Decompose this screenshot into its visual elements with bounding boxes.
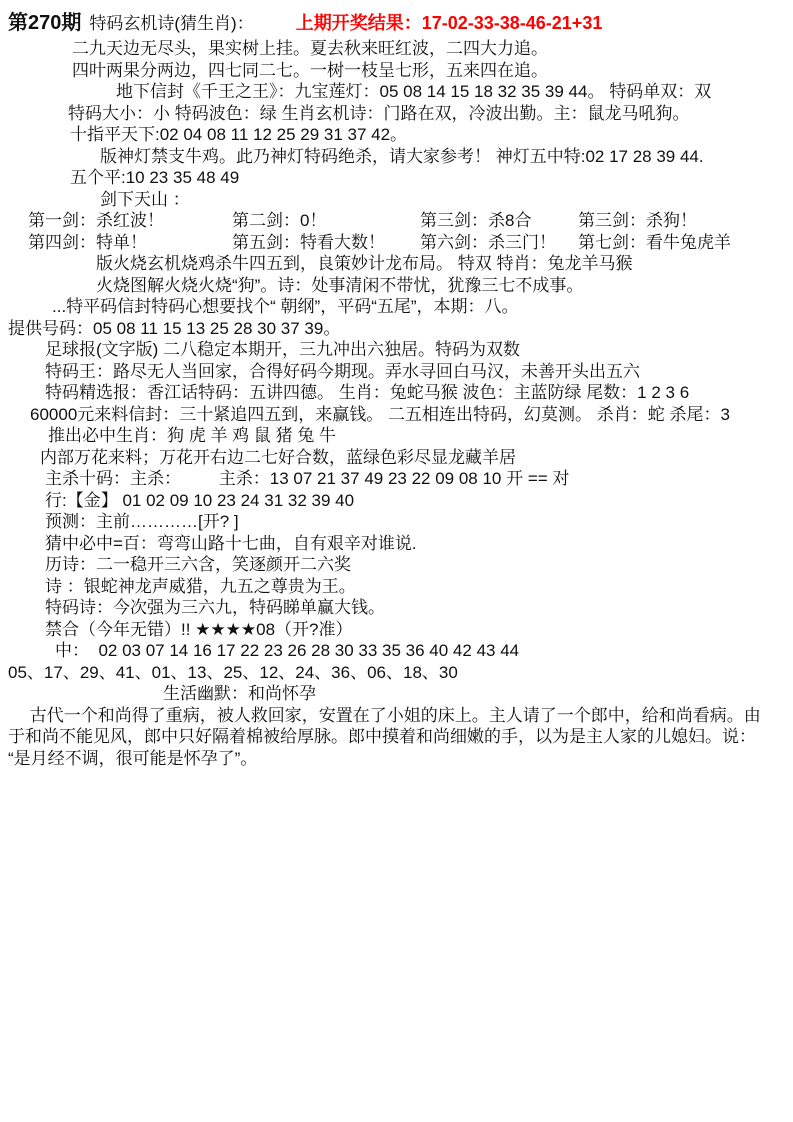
sword-item: 第五剑：特看大数！ (232, 232, 420, 254)
issue-number: 第270期 (8, 6, 81, 35)
inner-material-line: 内部万花来料；万花开右边二七好合数，蓝绿色彩尽显龙藏羊居 (40, 447, 793, 469)
forbidden-combo-line: 禁合（今年无错）!! ★★★★08（开?准） (45, 619, 793, 641)
size-color-tip-line: 特码大小：小 特码波色：绿 生肖玄机诗：门路在双，冷波出勤。主：鼠龙马吼狗。 (68, 103, 793, 125)
special-code-king-line: 特码王：路尽无人当回家，合得好码今期现。弄水寻回白马汉，未善开头出五六 (45, 361, 793, 383)
humor-story-line: 古代一个和尚得了重病，被人救回家，安置在了小姐的床上。主人请了一个郎中，给和尚看… (8, 705, 793, 727)
sword-item: 第三剑：杀8合 (420, 210, 578, 232)
ten-fingers-numbers-line: 十指平天下:02 04 08 11 12 25 29 31 37 42。 (70, 124, 793, 146)
sword-item: 第三剑：杀狗！ (578, 210, 697, 232)
sword-row: 第一剑：杀红波！ 第二剑：0！ 第三剑：杀8合 第三剑：杀狗！ (28, 210, 793, 232)
mystery-poem-line: 四叶两果分两边，四七同二七。一树一枝呈七形，五来四在追。 (72, 60, 793, 82)
fire-burn-poem-line: 火烧图解火烧火烧“狗”。诗：处事清闲不带忧，犹豫三七不成事。 (96, 275, 793, 297)
header-row: 第270期 特码玄机诗(猜生肖)： 上期开奖结果：17-02-33-38-46-… (8, 6, 793, 35)
humor-story-line: 于和尚不能见风，郎中只好隔着棉被给厚脉。郎中摸着和尚细嫩的手，以为是主人家的儿媳… (8, 726, 793, 748)
sword-item: 第二剑：0！ (232, 210, 420, 232)
humor-title: 生活幽默：和尚怀孕 (163, 683, 793, 705)
calendar-poem-line: 历诗：二一稳开三六含，笑逐颜开二六奖 (45, 554, 793, 576)
sword-item: 第六剑：杀三门！ (420, 232, 578, 254)
fire-burn-tip-line: 版火烧玄机烧鸡杀牛四五到，良策妙计龙布局。 特双 特肖：兔龙羊马猴 (96, 253, 793, 275)
sword-row: 第四剑：特单！ 第五剑：特看大数！ 第六剑：杀三门！ 第七剑：看牛兔虎羊 (28, 232, 793, 254)
special-code-poem-line: 特码诗：今次强为三六九，特码睇单赢大钱。 (45, 597, 793, 619)
provided-numbers-line: 提供号码：05 08 11 15 13 25 28 30 37 39。 (8, 318, 793, 340)
sword-item: 第七剑：看牛兔虎羊 (578, 232, 731, 254)
must-hit-zodiac-line: 推出必中生肖：狗 虎 羊 鸡 鼠 猪 兔 牛 (48, 425, 793, 447)
guess-hit-line: 猜中必中=百：弯弯山路十七曲，自有艰辛对谁说. (45, 533, 793, 555)
hit-numbers-line: 中： 02 03 07 14 16 17 22 23 26 28 30 33 3… (55, 640, 793, 662)
sword-item: 第一剑：杀红波！ (28, 210, 232, 232)
sword-item: 第四剑：特单！ (28, 232, 232, 254)
magic-lamp-tip-line: 版神灯禁支牛鸡。此乃神灯特码绝杀，请大家参考！ 神灯五中特:02 17 28 3… (100, 146, 793, 168)
lottery-tip-sheet: 第270期 特码玄机诗(猜生肖)： 上期开奖结果：17-02-33-38-46-… (0, 0, 793, 769)
poem-line: 诗 ：银蛇神龙声威猎，九五之尊贵为王。 (45, 576, 793, 598)
humor-story-line: “是月经不调，很可能是怀孕了”。 (8, 748, 793, 770)
five-flat-numbers-line: 五个平:10 23 35 48 49 (70, 167, 793, 189)
number-sequence-line: 05、17、29、41、01、13、25、12、24、36、06、18、30 (8, 662, 793, 684)
football-report-line: 足球报(文字版) 二八稳定本期开，三九冲出六独居。特码为双数 (45, 339, 793, 361)
page-title: 特码玄机诗(猜生肖)： (89, 9, 253, 34)
mystery-poem-line: 二九天边无尽头，果实树上挂。夏去秋来旺红波，二四大力追。 (72, 38, 793, 60)
last-draw-result: 上期开奖结果：17-02-33-38-46-21+31 (296, 9, 603, 35)
gold-row-numbers-line: 行:【金】 01 02 09 10 23 24 31 32 39 40 (45, 490, 793, 512)
envelope-tip-line: 地下信封《千王之王》：九宝莲灯：05 08 14 15 18 32 35 39 … (116, 81, 793, 103)
material-envelope-line: 60000元来料信封：三十紧追四五到，来赢钱。 二五相连出特码，幻莫测。 杀肖：… (30, 404, 793, 426)
sword-section-title: 剑下天山 ： (100, 189, 793, 211)
prediction-line: 预测：主前…………[开? ] (45, 511, 793, 533)
kill-ten-codes-line: 主杀十码：主杀： 主杀：13 07 21 37 49 23 22 09 08 1… (45, 468, 793, 490)
flat-code-envelope-line: ...特平码信封特码心想要找个“ 朝纲”，平码“五尾”，本期：八。 (52, 296, 793, 318)
selection-report-line: 特码精选报：香江话特码：五讲四德。 生肖：兔蛇马猴 波色：主蓝防绿 尾数：1 2… (45, 382, 793, 404)
